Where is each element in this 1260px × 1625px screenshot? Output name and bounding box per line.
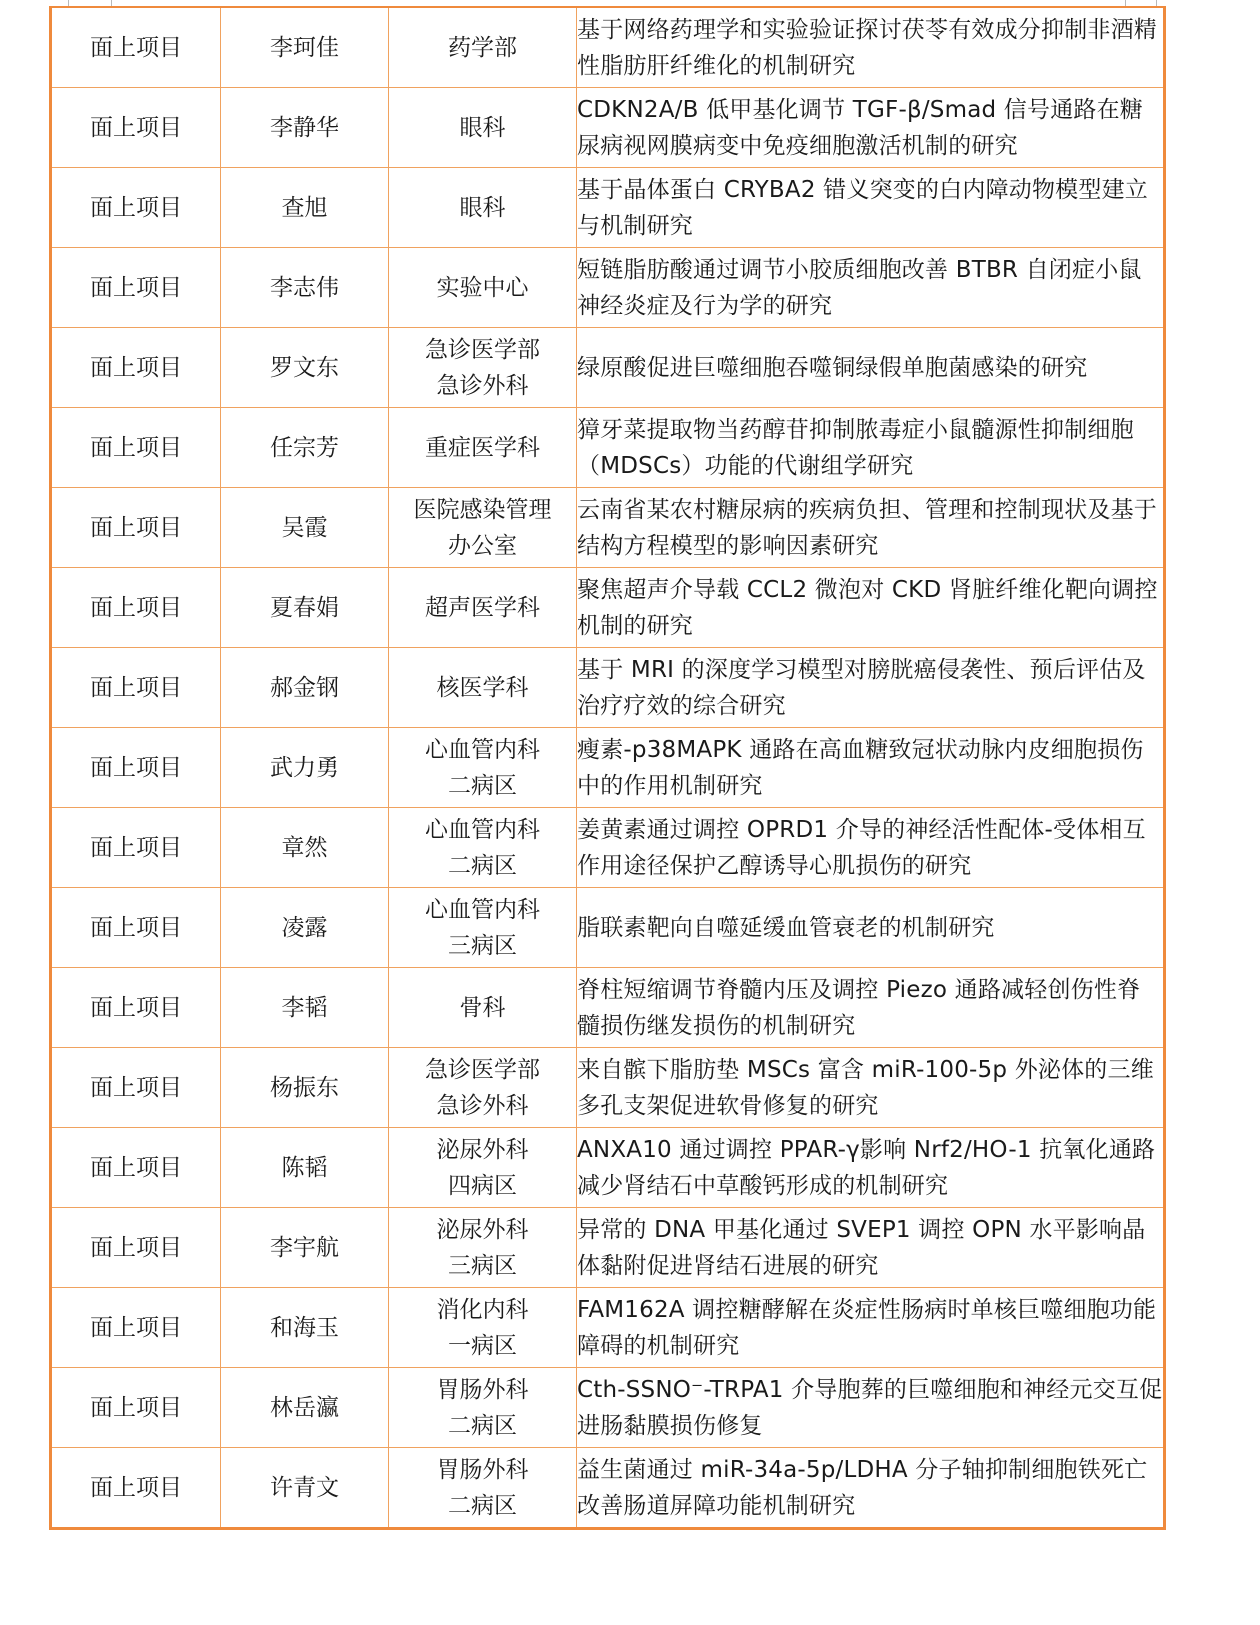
project-type-cell: 面上项目 — [51, 648, 221, 728]
project-title-cell: 獐牙菜提取物当药醇苷抑制脓毒症小鼠髓源性抑制细胞（MDSCs）功能的代谢组学研究 — [577, 408, 1165, 488]
department-cell: 眼科 — [389, 168, 577, 248]
department-line: 心血管内科 — [389, 732, 576, 768]
project-type-cell: 面上项目 — [51, 248, 221, 328]
project-type-cell: 面上项目 — [51, 168, 221, 248]
department-line: 超声医学科 — [389, 590, 576, 626]
department-line: 骨科 — [389, 990, 576, 1026]
table-row: 面上项目许青文胃肠外科二病区益生菌通过 miR-34a-5p/LDHA 分子轴抑… — [51, 1448, 1165, 1529]
table-row: 面上项目郝金钢核医学科基于 MRI 的深度学习模型对膀胱癌侵袭性、预后评估及治疗… — [51, 648, 1165, 728]
department-cell: 心血管内科二病区 — [389, 728, 577, 808]
table-row: 面上项目李韬骨科脊柱短缩调节脊髓内压及调控 Piezo 通路减轻创伤性脊髓损伤继… — [51, 968, 1165, 1048]
department-cell: 眼科 — [389, 88, 577, 168]
project-type-cell: 面上项目 — [51, 408, 221, 488]
applicant-name-cell: 凌露 — [221, 888, 389, 968]
project-title-cell: CDKN2A/B 低甲基化调节 TGF-β/Smad 信号通路在糖尿病视网膜病变… — [577, 88, 1165, 168]
project-type-cell: 面上项目 — [51, 1128, 221, 1208]
department-cell: 核医学科 — [389, 648, 577, 728]
project-type-cell: 面上项目 — [51, 808, 221, 888]
project-type-cell: 面上项目 — [51, 7, 221, 88]
department-line: 办公室 — [389, 528, 576, 564]
applicant-name-cell: 武力勇 — [221, 728, 389, 808]
project-type-cell: 面上项目 — [51, 568, 221, 648]
project-title-cell: 基于 MRI 的深度学习模型对膀胱癌侵袭性、预后评估及治疗疗效的综合研究 — [577, 648, 1165, 728]
department-line: 一病区 — [389, 1328, 576, 1364]
department-cell: 实验中心 — [389, 248, 577, 328]
table-row: 面上项目章然心血管内科二病区姜黄素通过调控 OPRD1 介导的神经活性配体-受体… — [51, 808, 1165, 888]
department-line: 二病区 — [389, 1488, 576, 1524]
department-line: 泌尿外科 — [389, 1132, 576, 1168]
department-line: 急诊外科 — [389, 368, 576, 404]
project-title-cell: 基于晶体蛋白 CRYBA2 错义突变的白内障动物模型建立与机制研究 — [577, 168, 1165, 248]
table-row: 面上项目陈韬泌尿外科四病区ANXA10 通过调控 PPAR-γ影响 Nrf2/H… — [51, 1128, 1165, 1208]
project-title-cell: 基于网络药理学和实验验证探讨茯苓有效成分抑制非酒精性脂肪肝纤维化的机制研究 — [577, 7, 1165, 88]
table-row: 面上项目和海玉消化内科一病区FAM162A 调控糖酵解在炎症性肠病时单核巨噬细胞… — [51, 1288, 1165, 1368]
project-title-cell: 姜黄素通过调控 OPRD1 介导的神经活性配体-受体相互作用途径保护乙醇诱导心肌… — [577, 808, 1165, 888]
applicant-name-cell: 章然 — [221, 808, 389, 888]
department-line: 急诊医学部 — [389, 332, 576, 368]
project-title-cell: 短链脂肪酸通过调节小胶质细胞改善 BTBR 自闭症小鼠神经炎症及行为学的研究 — [577, 248, 1165, 328]
department-cell: 骨科 — [389, 968, 577, 1048]
project-type-cell: 面上项目 — [51, 728, 221, 808]
project-title-cell: Cth-SSNO⁻-TRPA1 介导胞葬的巨噬细胞和神经元交互促进肠黏膜损伤修复 — [577, 1368, 1165, 1448]
applicant-name-cell: 李韬 — [221, 968, 389, 1048]
project-title-cell: 聚焦超声介导载 CCL2 微泡对 CKD 肾脏纤维化靶向调控机制的研究 — [577, 568, 1165, 648]
department-cell: 消化内科一病区 — [389, 1288, 577, 1368]
table-row: 面上项目李志伟实验中心短链脂肪酸通过调节小胶质细胞改善 BTBR 自闭症小鼠神经… — [51, 248, 1165, 328]
department-line: 三病区 — [389, 1248, 576, 1284]
applicant-name-cell: 和海玉 — [221, 1288, 389, 1368]
department-line: 药学部 — [389, 30, 576, 66]
department-line: 四病区 — [389, 1168, 576, 1204]
department-cell: 心血管内科二病区 — [389, 808, 577, 888]
table-row: 面上项目夏春娟超声医学科聚焦超声介导载 CCL2 微泡对 CKD 肾脏纤维化靶向… — [51, 568, 1165, 648]
project-type-cell: 面上项目 — [51, 1288, 221, 1368]
table-row: 面上项目武力勇心血管内科二病区瘦素-p38MAPK 通路在高血糖致冠状动脉内皮细… — [51, 728, 1165, 808]
department-cell: 医院感染管理办公室 — [389, 488, 577, 568]
department-line: 急诊外科 — [389, 1088, 576, 1124]
project-type-cell: 面上项目 — [51, 1448, 221, 1529]
table-row: 面上项目凌露心血管内科三病区脂联素靶向自噬延缓血管衰老的机制研究 — [51, 888, 1165, 968]
table-row: 面上项目查旭眼科基于晶体蛋白 CRYBA2 错义突变的白内障动物模型建立与机制研… — [51, 168, 1165, 248]
table-row: 面上项目罗文东急诊医学部急诊外科绿原酸促进巨噬细胞吞噬铜绿假单胞菌感染的研究 — [51, 328, 1165, 408]
department-line: 消化内科 — [389, 1292, 576, 1328]
department-line: 重症医学科 — [389, 430, 576, 466]
department-cell: 泌尿外科三病区 — [389, 1208, 577, 1288]
department-line: 三病区 — [389, 928, 576, 964]
project-type-cell: 面上项目 — [51, 1048, 221, 1128]
project-type-cell: 面上项目 — [51, 1368, 221, 1448]
table-row: 面上项目李珂佳药学部基于网络药理学和实验验证探讨茯苓有效成分抑制非酒精性脂肪肝纤… — [51, 7, 1165, 88]
project-title-cell: 绿原酸促进巨噬细胞吞噬铜绿假单胞菌感染的研究 — [577, 328, 1165, 408]
project-type-cell: 面上项目 — [51, 968, 221, 1048]
applicant-name-cell: 李宇航 — [221, 1208, 389, 1288]
department-line: 心血管内科 — [389, 812, 576, 848]
department-line: 核医学科 — [389, 670, 576, 706]
project-title-cell: 云南省某农村糖尿病的疾病负担、管理和控制现状及基于结构方程模型的影响因素研究 — [577, 488, 1165, 568]
department-line: 胃肠外科 — [389, 1372, 576, 1408]
table-row: 面上项目杨振东急诊医学部急诊外科来自髌下脂肪垫 MSCs 富含 miR-100-… — [51, 1048, 1165, 1128]
project-type-cell: 面上项目 — [51, 488, 221, 568]
department-line: 二病区 — [389, 1408, 576, 1444]
applicant-name-cell: 李志伟 — [221, 248, 389, 328]
department-cell: 药学部 — [389, 7, 577, 88]
table-row: 面上项目任宗芳重症医学科獐牙菜提取物当药醇苷抑制脓毒症小鼠髓源性抑制细胞（MDS… — [51, 408, 1165, 488]
department-cell: 心血管内科三病区 — [389, 888, 577, 968]
applicant-name-cell: 查旭 — [221, 168, 389, 248]
department-line: 眼科 — [389, 110, 576, 146]
department-line: 眼科 — [389, 190, 576, 226]
project-title-cell: FAM162A 调控糖酵解在炎症性肠病时单核巨噬细胞功能障碍的机制研究 — [577, 1288, 1165, 1368]
table-row: 面上项目林岳瀛胃肠外科二病区Cth-SSNO⁻-TRPA1 介导胞葬的巨噬细胞和… — [51, 1368, 1165, 1448]
applicant-name-cell: 罗文东 — [221, 328, 389, 408]
project-title-cell: 瘦素-p38MAPK 通路在高血糖致冠状动脉内皮细胞损伤中的作用机制研究 — [577, 728, 1165, 808]
applicant-name-cell: 夏春娟 — [221, 568, 389, 648]
applicant-name-cell: 林岳瀛 — [221, 1368, 389, 1448]
project-type-cell: 面上项目 — [51, 1208, 221, 1288]
department-line: 实验中心 — [389, 270, 576, 306]
project-type-cell: 面上项目 — [51, 88, 221, 168]
project-title-cell: 异常的 DNA 甲基化通过 SVEP1 调控 OPN 水平影响晶体黏附促进肾结石… — [577, 1208, 1165, 1288]
project-table-body: 面上项目李珂佳药学部基于网络药理学和实验验证探讨茯苓有效成分抑制非酒精性脂肪肝纤… — [51, 7, 1165, 1529]
department-line: 心血管内科 — [389, 892, 576, 928]
applicant-name-cell: 郝金钢 — [221, 648, 389, 728]
applicant-name-cell: 杨振东 — [221, 1048, 389, 1128]
project-type-cell: 面上项目 — [51, 888, 221, 968]
project-title-cell: 脊柱短缩调节脊髓内压及调控 Piezo 通路减轻创伤性脊髓损伤继发损伤的机制研究 — [577, 968, 1165, 1048]
project-type-cell: 面上项目 — [51, 328, 221, 408]
table-row: 面上项目李宇航泌尿外科三病区异常的 DNA 甲基化通过 SVEP1 调控 OPN… — [51, 1208, 1165, 1288]
department-cell: 急诊医学部急诊外科 — [389, 1048, 577, 1128]
applicant-name-cell: 李珂佳 — [221, 7, 389, 88]
project-title-cell: 脂联素靶向自噬延缓血管衰老的机制研究 — [577, 888, 1165, 968]
project-table: 面上项目李珂佳药学部基于网络药理学和实验验证探讨茯苓有效成分抑制非酒精性脂肪肝纤… — [49, 6, 1166, 1530]
department-cell: 超声医学科 — [389, 568, 577, 648]
department-line: 急诊医学部 — [389, 1052, 576, 1088]
applicant-name-cell: 李静华 — [221, 88, 389, 168]
department-cell: 泌尿外科四病区 — [389, 1128, 577, 1208]
department-line: 胃肠外科 — [389, 1452, 576, 1488]
department-cell: 胃肠外科二病区 — [389, 1448, 577, 1529]
department-cell: 急诊医学部急诊外科 — [389, 328, 577, 408]
project-title-cell: ANXA10 通过调控 PPAR-γ影响 Nrf2/HO-1 抗氧化通路减少肾结… — [577, 1128, 1165, 1208]
applicant-name-cell: 任宗芳 — [221, 408, 389, 488]
department-line: 二病区 — [389, 768, 576, 804]
applicant-name-cell: 吴霞 — [221, 488, 389, 568]
applicant-name-cell: 许青文 — [221, 1448, 389, 1529]
department-cell: 胃肠外科二病区 — [389, 1368, 577, 1448]
table-row: 面上项目李静华眼科CDKN2A/B 低甲基化调节 TGF-β/Smad 信号通路… — [51, 88, 1165, 168]
department-cell: 重症医学科 — [389, 408, 577, 488]
applicant-name-cell: 陈韬 — [221, 1128, 389, 1208]
project-title-cell: 来自髌下脂肪垫 MSCs 富含 miR-100-5p 外泌体的三维多孔支架促进软… — [577, 1048, 1165, 1128]
department-line: 医院感染管理 — [389, 492, 576, 528]
department-line: 二病区 — [389, 848, 576, 884]
department-line: 泌尿外科 — [389, 1212, 576, 1248]
table-row: 面上项目吴霞医院感染管理办公室云南省某农村糖尿病的疾病负担、管理和控制现状及基于… — [51, 488, 1165, 568]
project-title-cell: 益生菌通过 miR-34a-5p/LDHA 分子轴抑制细胞铁死亡改善肠道屏障功能… — [577, 1448, 1165, 1529]
